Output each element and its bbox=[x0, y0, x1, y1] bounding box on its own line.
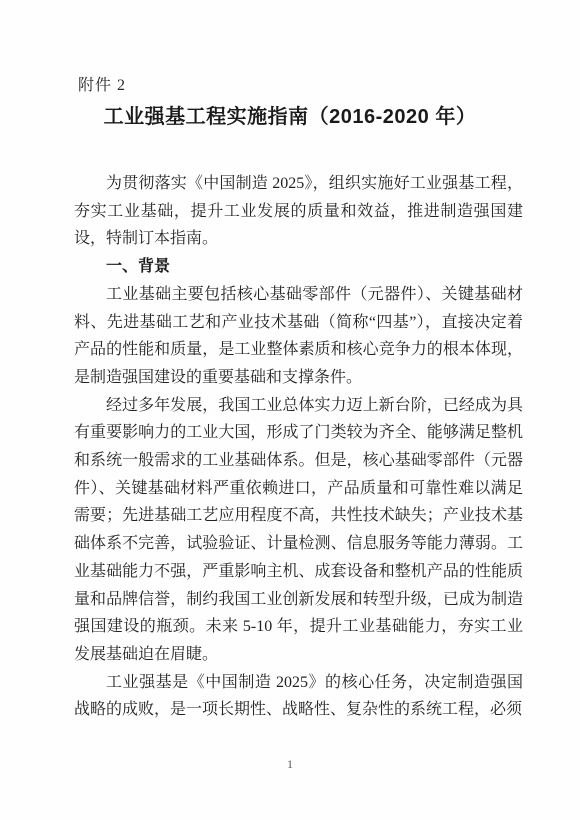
document-body: 为贯彻落实《中国制造 2025》，组织实施好工业强基工程，夯实工业基础，提升工业… bbox=[74, 170, 523, 724]
document-title: 工业强基工程实施指南（2016-2020 年） bbox=[0, 100, 580, 129]
page-number: 1 bbox=[0, 757, 580, 772]
paragraph-industrial-foundation: 工业基础主要包括核心基础零部件（元器件）、关键基础材料、先进基础工艺和产业技术基… bbox=[74, 281, 523, 392]
document-page: 附件 2 工业强基工程实施指南（2016-2020 年） 为贯彻落实《中国制造 … bbox=[0, 0, 580, 820]
section-heading-background: 一、背景 bbox=[74, 253, 523, 281]
paragraph-development-status: 经过多年发展，我国工业总体实力迈上新台阶，已经成为具有重要影响力的工业大国，形成… bbox=[74, 392, 523, 669]
attachment-label: 附件 2 bbox=[78, 72, 126, 95]
paragraph-intro: 为贯彻落实《中国制造 2025》，组织实施好工业强基工程，夯实工业基础，提升工业… bbox=[74, 170, 523, 253]
paragraph-strong-base-task: 工业强基是《中国制造 2025》的核心任务，决定制造强国战略的成败，是一项长期性… bbox=[74, 669, 523, 724]
